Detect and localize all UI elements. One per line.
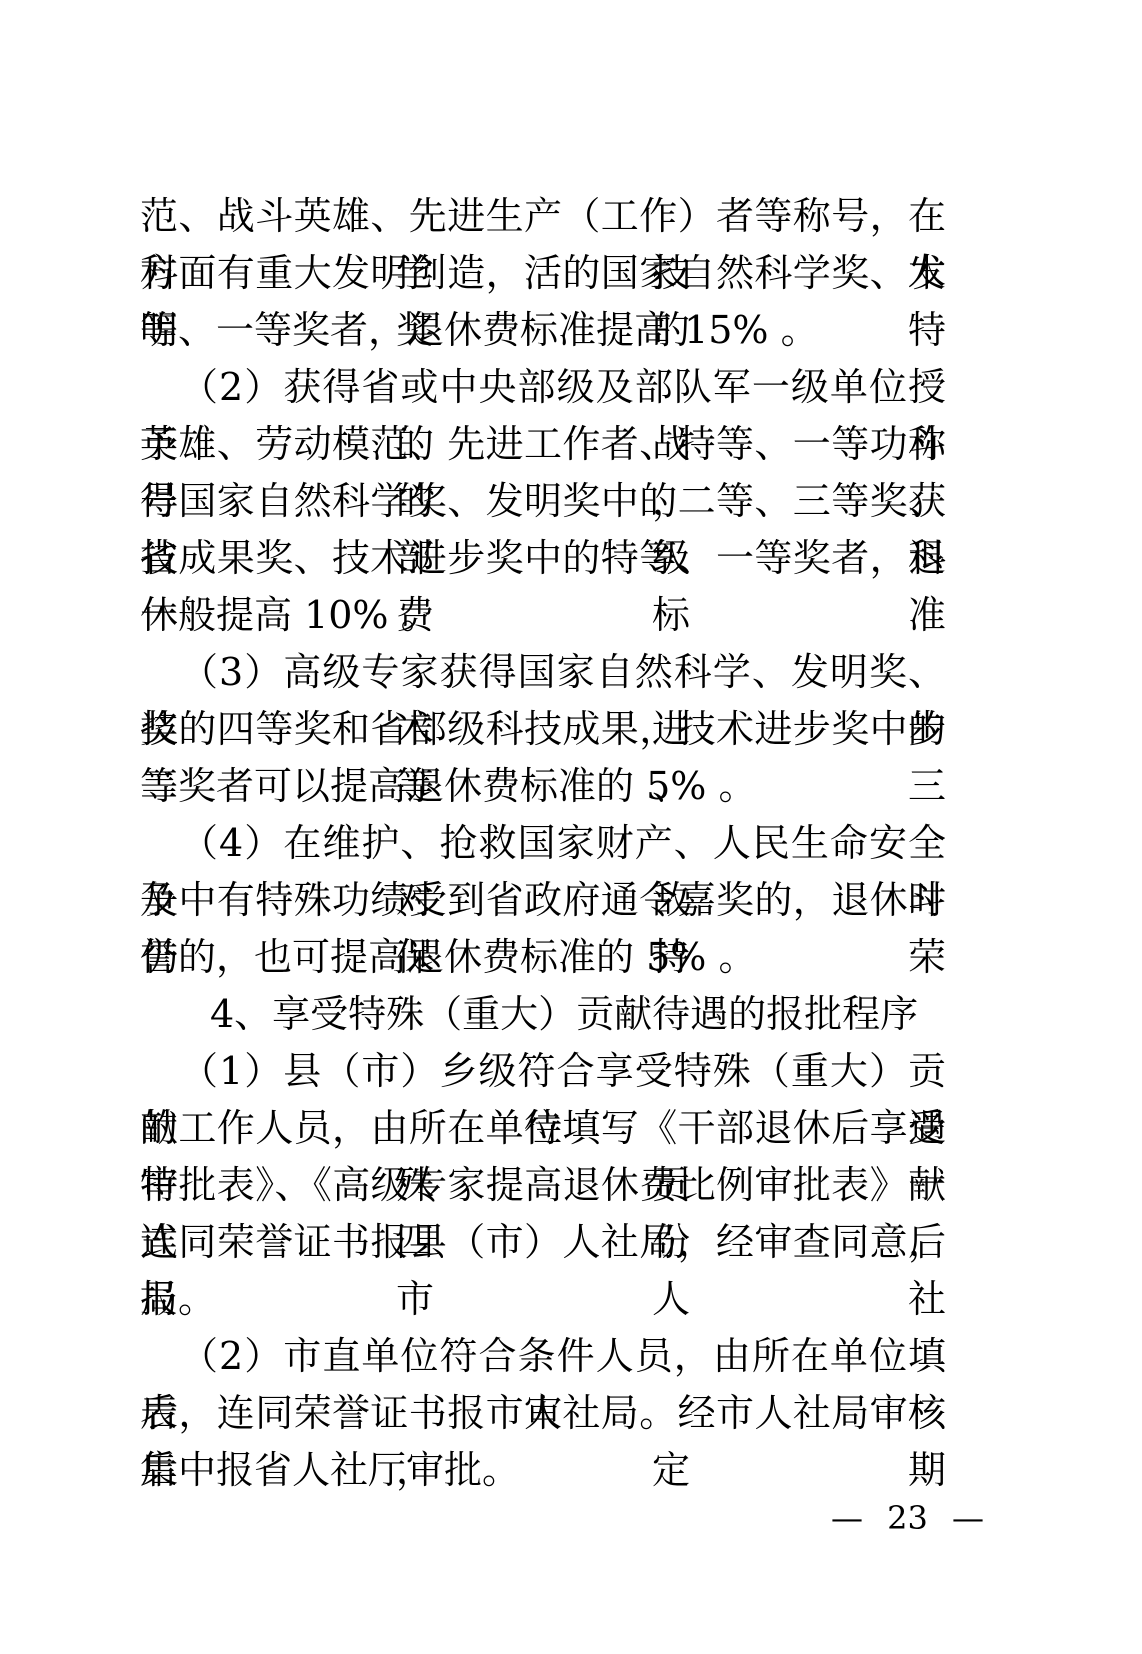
- text-line: （2）市直单位符合条件人员，由所在单位填表审核: [140, 1328, 946, 1385]
- text-line: 后，连同荣誉证书报市人社局。经市人社局审核后，定期: [140, 1385, 946, 1442]
- text-line: （1）县（市）乡级符合享受特殊（重大）贡献待遇: [140, 1043, 946, 1100]
- document-page: 范、战斗英雄、先进生产（工作）者等称号，在科学技术 方面有重大发明创造，活的国家…: [0, 0, 1142, 1654]
- text-line: 得国家自然科学奖、发明奖中的二等、三等奖、省部级科: [140, 473, 946, 530]
- text-line: （4）在维护、抢救国家财产、人民生命安全及对敌斗: [140, 815, 946, 872]
- text-line: 奖的四等奖和省部级科技成果，技术进步奖中的二等、三: [140, 701, 946, 758]
- text-line: 英雄、劳动模范、先进工作者、特等、一等功称号的，获: [140, 416, 946, 473]
- section-heading: 4、享受特殊（重大）贡献待遇的报批程序: [140, 986, 946, 1043]
- page-number: — 23 —: [831, 1496, 984, 1540]
- text-line: 的工作人员，由所在单位填写《干部退休后享受特殊贡献: [140, 1100, 946, 1157]
- text-line: （3）高级专家获得国家自然科学、发明奖、技术进步: [140, 644, 946, 701]
- text-line: 方面有重大发明创造，活的国家自然科学奖、发明奖的特: [140, 245, 946, 302]
- text-line: 技成果奖、技术进步奖中的特等、一等奖者，退休费标准: [140, 530, 946, 587]
- text-line: 连同荣誉证书报县（市）人社局，经审查同意后报市人社: [140, 1214, 946, 1271]
- text-line: （2）获得省或中央部级及部队军一级单位授予的战斗: [140, 359, 946, 416]
- document-body: 范、战斗英雄、先进生产（工作）者等称号，在科学技术 方面有重大发明创造，活的国家…: [140, 188, 946, 1499]
- text-line: 争中有特殊功绩受到省政府通令嘉奖的，退休时仍保持荣: [140, 872, 946, 929]
- text-line: 审批表》、《高级专家提高退休费比例审批表》一式四份，: [140, 1157, 946, 1214]
- text-line: 范、战斗英雄、先进生产（工作）者等称号，在科学技术: [140, 188, 946, 245]
